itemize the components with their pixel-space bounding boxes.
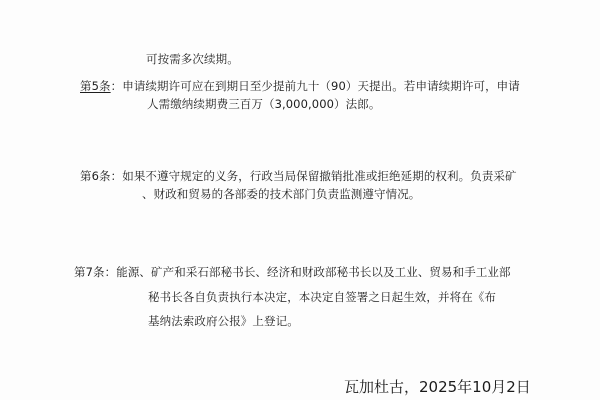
article-7-first-line: 第7条：能源、矿产和采石部秘书长、经济和财政部秘书长以及工业、贸易和手工业部 xyxy=(74,265,511,279)
document-page: 可按需多次续期。 第5条：申请续期许可应在到期日至少提前九十（90）天提出。若申… xyxy=(0,0,600,400)
article-7-text-line-1: 能源、矿产和采石部秘书长、经济和财政部秘书长以及工业、贸易和手工业部 xyxy=(116,265,510,279)
article-6-first-line: 第6条：如果不遵守规定的义务，行政当局保留撤销批准或拒绝延期的权利。负责采矿 xyxy=(80,169,517,183)
continuation-line: 可按需多次续期。 xyxy=(146,52,239,66)
article-6-text-line-2: 、财政和贸易的各部委的技术部门负责监测遵守情况。 xyxy=(142,187,420,201)
article-7-text-line-2: 秘书长各自负责执行本决定，本决定自签署之日起生效，并将在《布 xyxy=(148,290,496,304)
article-7-text-line-3: 基纳法索政府公报》上登记。 xyxy=(148,314,299,328)
article-6-label: 第6条 xyxy=(80,169,111,183)
article-5-first-line: 第5条：申请续期许可应在到期日至少提前九十（90）天提出。若申请续期许可，申请 xyxy=(80,79,520,93)
article-5-separator: ： xyxy=(111,79,123,93)
article-5-text-line-2: 人需缴纳续期费三百万（3,000,000）法郎。 xyxy=(147,97,380,111)
article-5-label: 第5条 xyxy=(80,79,111,93)
article-6-separator: ： xyxy=(111,169,123,183)
article-7-label: 第7条 xyxy=(74,265,105,279)
article-5-text-line-1: 申请续期许可应在到期日至少提前九十（90）天提出。若申请续期许可，申请 xyxy=(122,79,520,93)
article-7-separator: ： xyxy=(105,265,117,279)
article-6-text-line-1: 如果不遵守规定的义务，行政当局保留撤销批准或拒绝延期的权利。负责采矿 xyxy=(122,169,516,183)
signature-place-date: 瓦加杜古，2025年10月2日 xyxy=(344,378,531,396)
